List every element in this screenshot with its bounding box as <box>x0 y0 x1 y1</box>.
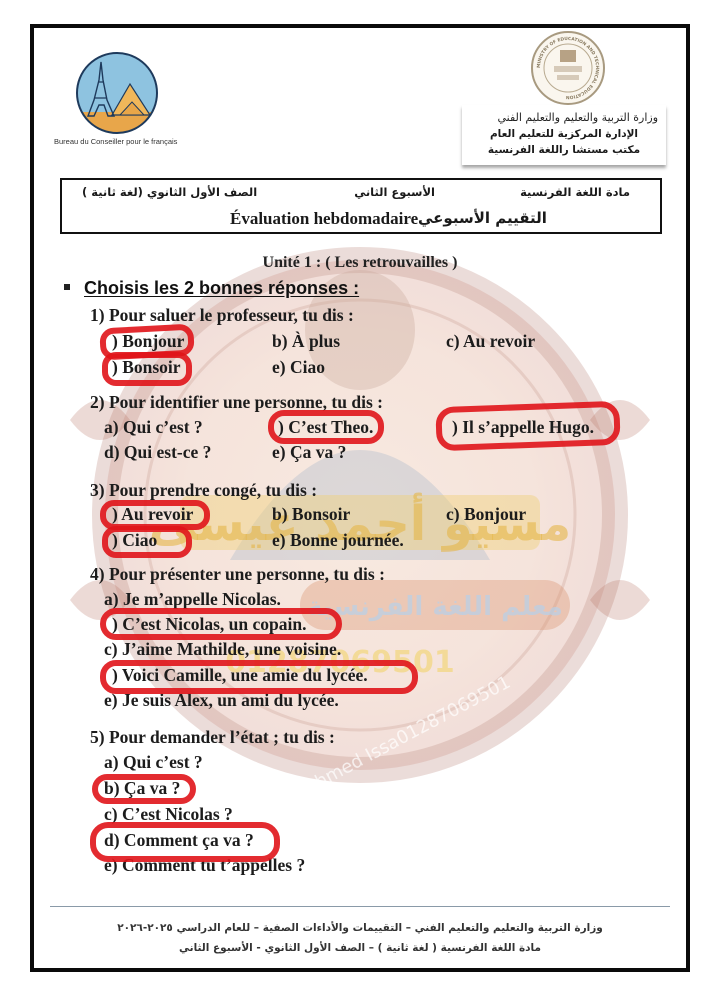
ministry-line-1: وزارة التربية والتعليم والتعليم الفني <box>462 109 666 126</box>
option-1c[interactable]: c) Au revoir <box>446 331 535 352</box>
question-1-prompt: 1) Pour saluer le professeur, tu dis : <box>90 305 354 326</box>
grade-label: الصف الأول الثانوي (لغة ثانية ) <box>82 185 257 199</box>
instruction-heading: Choisis les 2 bonnes réponses : <box>64 278 359 299</box>
evaluation-title-fr: Évaluation hebdomadaire <box>230 209 418 229</box>
answer-circle <box>100 660 418 694</box>
option-3c[interactable]: c) Bonjour <box>446 504 526 525</box>
answer-circle <box>435 401 620 451</box>
week-label: الأسبوع الثاني <box>354 185 435 199</box>
answer-circle <box>102 526 192 558</box>
evaluation-title-ar: التقييم الأسبوعي <box>418 209 547 227</box>
option-3e[interactable]: e) Bonne journée. <box>272 530 404 551</box>
footer-divider <box>50 906 670 907</box>
ministry-line-3: مكتب مستشا راللغة الفرنسية <box>462 142 666 158</box>
answer-circle <box>90 822 280 862</box>
option-1b[interactable]: b) À plus <box>272 331 340 352</box>
option-1e[interactable]: e) Ciao <box>272 357 325 378</box>
footer-line-1: وزارة التربية والتعليم والتعليم الفني – … <box>0 922 720 934</box>
eiffel-pyramids-logo-icon <box>74 50 160 136</box>
subject-label: مادة اللغة الفرنسية <box>520 185 630 199</box>
question-4-prompt: 4) Pour présenter une personne, tu dis : <box>90 564 385 585</box>
option-4a[interactable]: a) Je m’appelle Nicolas. <box>104 589 281 610</box>
option-3b[interactable]: b) Bonsoir <box>272 504 350 525</box>
exam-info-box: مادة اللغة الفرنسية الأسبوع الثاني الصف … <box>60 178 662 234</box>
option-2d[interactable]: d) Qui est-ce ? <box>104 442 211 463</box>
question-3-prompt: 3) Pour prendre congé, tu dis : <box>90 480 317 501</box>
ministry-header-box: وزارة التربية والتعليم والتعليم الفني ال… <box>462 105 666 165</box>
question-5-prompt: 5) Pour demander l’état ; tu dis : <box>90 727 335 748</box>
unit-title: Unité 1 : ( Les retrouvailles ) <box>0 254 720 272</box>
ministry-seal-icon: MINISTRY OF EDUCATION AND TECHNICAL EDUC… <box>530 30 606 106</box>
option-5a[interactable]: a) Qui c’est ? <box>104 752 203 773</box>
ministry-line-2: الإدارة المركزية للتعليم العام <box>462 126 666 142</box>
option-2e[interactable]: e) Ça va ? <box>272 442 346 463</box>
answer-circle <box>102 352 192 386</box>
option-2a[interactable]: a) Qui c’est ? <box>104 417 203 438</box>
footer-line-2: مادة اللغة الفرنسية ( لغة ثانية ) – الصف… <box>0 942 720 954</box>
bullet-icon <box>64 284 70 290</box>
answer-circle <box>268 410 384 444</box>
left-logo-caption: Bureau du Conseiller pour le français <box>54 137 177 146</box>
answer-circle <box>100 608 342 640</box>
option-4c[interactable]: c) J’aime Mathilde, une voisine. <box>104 639 341 660</box>
answer-circle <box>92 774 196 804</box>
